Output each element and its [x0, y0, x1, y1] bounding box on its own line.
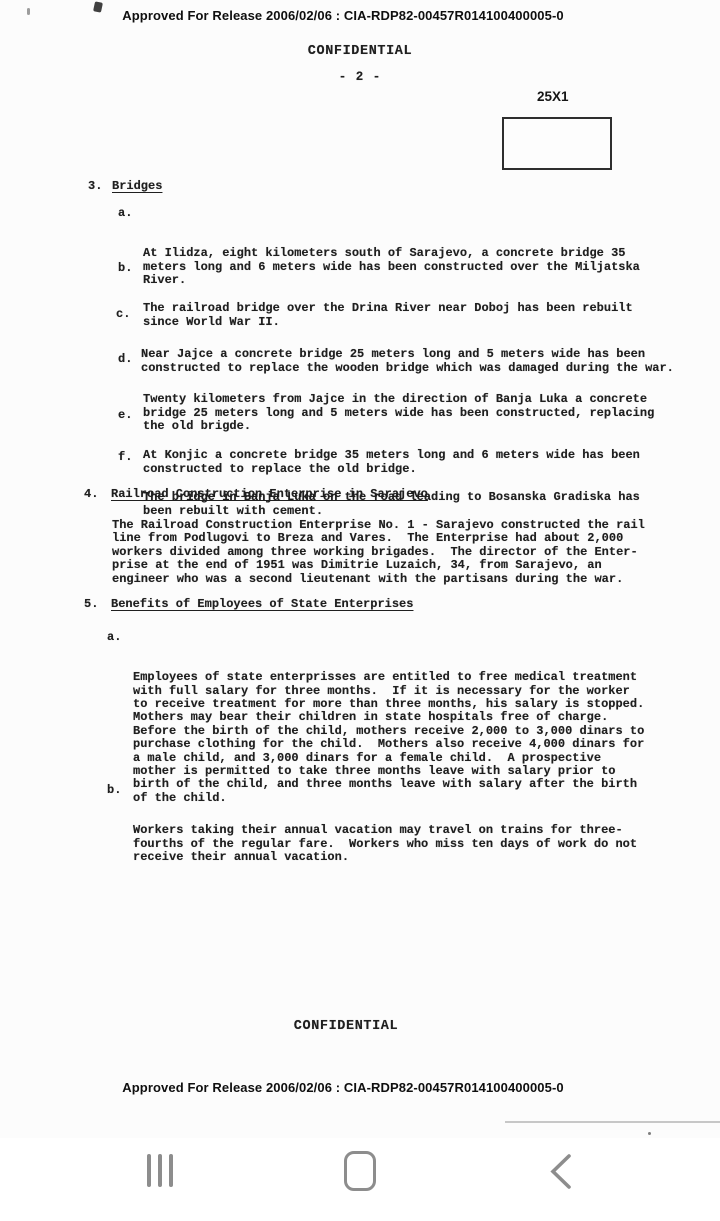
phone-screen: Approved For Release 2006/02/06 : CIA-RD…: [0, 0, 720, 1221]
release-stamp-bottom: Approved For Release 2006/02/06 : CIA-RD…: [122, 1080, 563, 1095]
document-page[interactable]: Approved For Release 2006/02/06 : CIA-RD…: [0, 0, 720, 1138]
item-letter: b.: [107, 784, 121, 797]
nav-home-button[interactable]: [344, 1151, 376, 1191]
section-bridges: 3. Bridges: [0, 180, 720, 196]
section-number: 5.: [84, 598, 98, 611]
scan-speck: [93, 1, 103, 12]
classification-header: CONFIDENTIAL: [308, 45, 412, 58]
section-title: Benefits of Employees of State Enterpris…: [111, 598, 413, 611]
section-railroad-enterprise: 4. Railroad Construction Enterprise in S…: [0, 488, 720, 504]
item-letter: e.: [118, 409, 132, 422]
nav-back-button[interactable]: [548, 1153, 573, 1190]
section-paragraph: The Railroad Construction Enterprise No.…: [112, 519, 645, 586]
section-number: 4.: [84, 488, 98, 501]
scan-speck: [27, 8, 30, 15]
item-letter: b.: [118, 262, 132, 275]
item-text: Workers taking their annual vacation may…: [133, 824, 637, 864]
section-title: Railroad Construction Enterprise in Sara…: [111, 488, 428, 501]
release-stamp-top: Approved For Release 2006/02/06 : CIA-RD…: [122, 8, 563, 23]
list-item: b. Workers taking their annual vacation …: [107, 784, 637, 891]
redaction-box: [502, 117, 612, 170]
item-letter: d.: [118, 353, 132, 366]
scan-edge-line: [505, 1121, 720, 1123]
item-letter: c.: [116, 308, 130, 321]
section-benefits: 5. Benefits of Employees of State Enterp…: [0, 598, 720, 614]
redaction-code-label: 25X1: [537, 89, 569, 104]
scan-speck: [648, 1132, 651, 1135]
section-title: Bridges: [112, 180, 162, 193]
recents-icon: [147, 1154, 151, 1187]
item-letter: a.: [118, 207, 132, 220]
nav-recents-button[interactable]: [147, 1154, 173, 1187]
item-letter: f.: [118, 451, 132, 464]
item-letter: a.: [107, 631, 121, 644]
section-number: 3.: [88, 180, 102, 193]
back-chevron-icon: [548, 1153, 573, 1190]
android-nav-bar: [0, 1138, 720, 1221]
classification-footer: CONFIDENTIAL: [294, 1020, 398, 1033]
page-number: - 2 -: [339, 71, 382, 84]
